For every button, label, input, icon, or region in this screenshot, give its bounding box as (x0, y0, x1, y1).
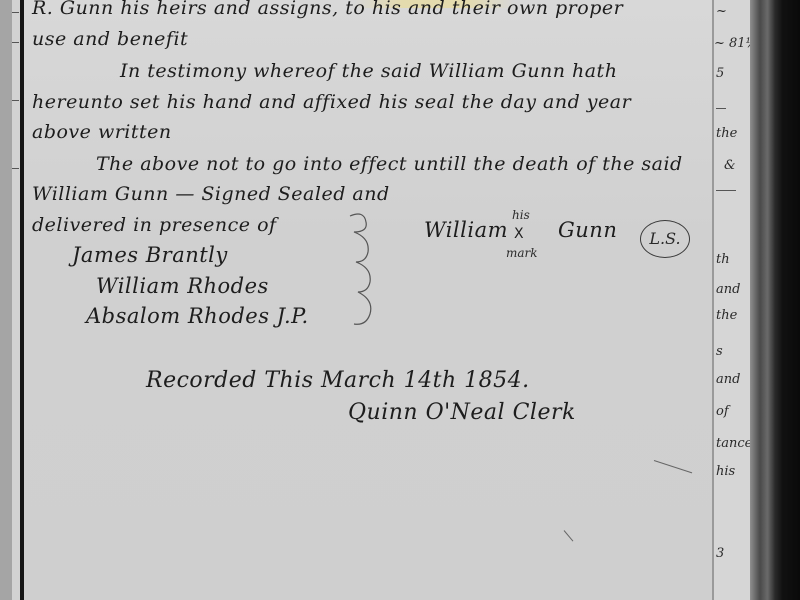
margin-dash (716, 108, 726, 109)
signature-x-mark: X (514, 226, 524, 242)
margin-tick (12, 100, 19, 101)
text-line: hereunto set his hand and affixed his se… (32, 91, 631, 113)
scanned-document-image: R. Gunn his heirs and assigns, to his an… (0, 0, 800, 600)
adjacent-page-edge: ~ ~ 81½ 5 the & th and the s and of tanc… (714, 0, 750, 600)
witness-name: William Rhodes (96, 274, 269, 298)
margin-note: of (716, 404, 729, 419)
book-binding-gutter (750, 0, 800, 600)
margin-note: the (716, 126, 737, 141)
paper-blemish (564, 530, 574, 541)
margin-note: ~ (716, 4, 727, 19)
witness-name: Absalom Rhodes J.P. (86, 304, 309, 328)
signature-first-name: William (424, 218, 508, 242)
margin-note: his (716, 464, 735, 479)
margin-note: and (716, 282, 740, 297)
text-line: above written (32, 121, 172, 143)
text-line: use and benefit (32, 28, 188, 50)
signature-last-name: Gunn (558, 218, 617, 242)
margin-note: s (716, 344, 723, 359)
margin-note: the (716, 308, 737, 323)
text-line: R. Gunn his heirs and assigns, to his an… (32, 0, 623, 19)
signature-mark-his: his (512, 208, 530, 222)
document-page: R. Gunn his heirs and assigns, to his an… (24, 0, 712, 600)
margin-dash (716, 190, 736, 191)
text-line: William Gunn — Signed Sealed and (32, 183, 390, 205)
scroll-bracket-icon (342, 210, 382, 330)
margin-note: tance (716, 436, 752, 451)
recorded-date: Recorded This March 14th 1854. (146, 368, 530, 393)
margin-tick (12, 42, 19, 43)
margin-note: and (716, 372, 740, 387)
margin-note: th (716, 252, 730, 267)
margin-note: 5 (716, 66, 724, 81)
margin-note: 3 (716, 546, 724, 561)
paper-blemish (654, 460, 692, 473)
left-margin (0, 0, 12, 600)
signature-mark-label: mark (506, 246, 538, 260)
clerk-signature: Quinn O'Neal Clerk (348, 400, 576, 425)
text-line: The above not to go into effect untill t… (96, 153, 683, 175)
text-line: delivered in presence of (32, 214, 277, 236)
text-line: In testimony whereof the said William Gu… (120, 60, 617, 82)
margin-tick (12, 12, 19, 13)
seal-ls: L.S. (640, 220, 690, 258)
margin-note: & (724, 158, 736, 173)
witness-name: James Brantly (72, 243, 228, 267)
margin-tick (12, 168, 19, 169)
